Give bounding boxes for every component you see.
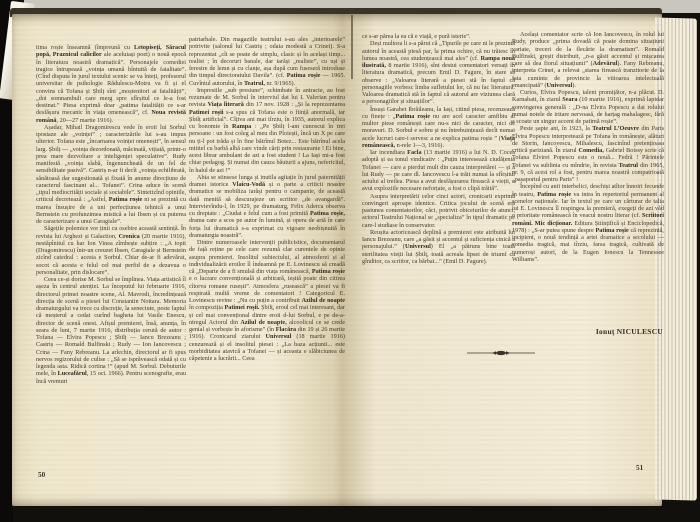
paragraph: ce s-ar părea la ea că e viață, e pură i… xyxy=(362,33,515,40)
paragraph: Începînd cu anii interbelici, deschiși a… xyxy=(512,183,664,263)
paragraph: Iar incendiara Facla (13 martie 1916) a … xyxy=(362,149,515,193)
paragraph: Curios, Elvira Popescu, talent promițăto… xyxy=(512,89,664,125)
paragraph: tima roșie înseamnă (împreună cu Letopis… xyxy=(36,44,186,124)
paragraph: Același comentator scrie că Ion Iancoves… xyxy=(512,31,664,89)
author-signature: Ionuț NICULESCU xyxy=(505,327,663,336)
page-number-right: 51 xyxy=(636,464,643,472)
paragraph: Reușita actoricească deplină a premierei… xyxy=(362,229,515,265)
right-page-column-1: ce s-ar părea la ea că e viață, e pură i… xyxy=(362,33,515,333)
paragraph: Așadar, Mihail Dragomirescu vede în eroi… xyxy=(36,124,186,226)
book-photo: tima roșie înseamnă (împreună cu Letopis… xyxy=(0,0,700,522)
paragraph: Săgețile polemice vor ținti cu osebire a… xyxy=(36,225,186,276)
right-page-column-2: Același comentator scrie că Ion Iancoves… xyxy=(512,31,664,323)
paragraph: Peste șapte ani, în 1923, la Teatrul L’O… xyxy=(512,125,664,183)
paragraph: patriarhale. Din magaziile teatrului s-a… xyxy=(189,36,345,87)
paragraph: Însuși Garabet Ibrăileanu, la Iași, citi… xyxy=(362,106,515,150)
section-divider-ornament-icon xyxy=(467,344,535,362)
paragraph: Ceea ce-și dorise M. Sorbul se împlinea.… xyxy=(36,276,186,385)
book-gutter xyxy=(351,15,353,79)
paragraph: Asupra interpretării celor cinci actori,… xyxy=(362,193,515,229)
paragraph: Dintre numeroasele intervenții publicist… xyxy=(189,239,345,362)
left-page-column-2: patriarhale. Din magaziile teatrului s-a… xyxy=(189,36,345,452)
paragraph: Abia se stinsese lunga și inutila agitaț… xyxy=(189,174,345,239)
page-number-left: 50 xyxy=(38,471,45,479)
paragraph: Impresiile „sub presiune”, schimbate în … xyxy=(189,87,345,174)
left-page-column-1: tima roșie înseamnă (împreună cu Letopis… xyxy=(36,44,186,454)
paragraph: Deși multora li s-a părut că „Tipurile p… xyxy=(362,40,515,105)
